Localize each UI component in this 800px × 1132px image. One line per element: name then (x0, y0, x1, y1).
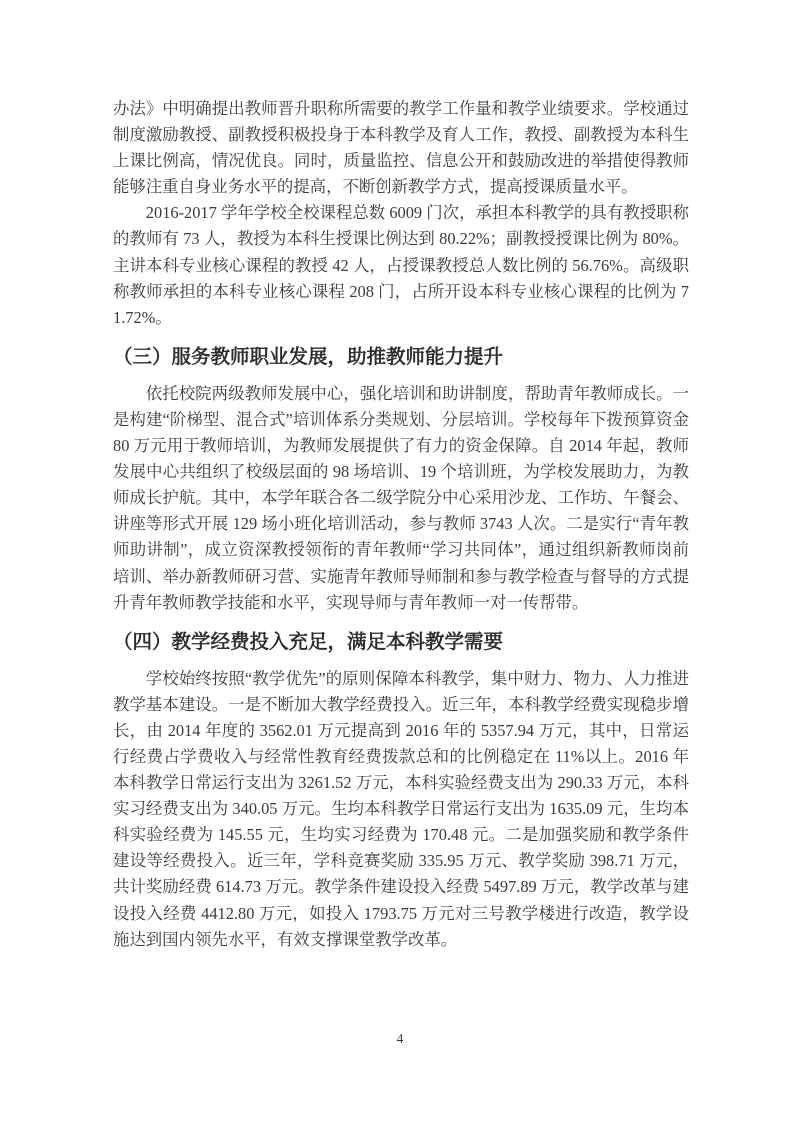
paragraph-teaching-funds: 学校始终按照“教学优先”的原则保障本科教学，集中财力、物力、人力推进教学基本建设… (113, 666, 689, 953)
section-heading-3: （三）服务教师职业发展，助推教师能力提升 (113, 343, 689, 371)
paragraph-course-statistics: 2016-2017 学年学校全校课程总数 6009 门次，承担本科教学的具有教授… (113, 200, 689, 330)
document-body: 办法》中明确提出教师晋升职称所需要的教学工作量和教学业绩要求。学校通过制度激励教… (113, 96, 689, 953)
section-heading-4: （四）教学经费投入充足，满足本科教学需要 (113, 628, 689, 656)
document-page: 办法》中明确提出教师晋升职称所需要的教学工作量和教学业绩要求。学校通过制度激励教… (0, 0, 800, 1132)
paragraph-teacher-development: 依托校院两级教师发展中心，强化培训和助讲制度，帮助青年教师成长。一是构建“阶梯型… (113, 381, 689, 616)
paragraph-continuation: 办法》中明确提出教师晋升职称所需要的教学工作量和教学业绩要求。学校通过制度激励教… (113, 96, 689, 200)
page-number: 4 (0, 1031, 800, 1047)
